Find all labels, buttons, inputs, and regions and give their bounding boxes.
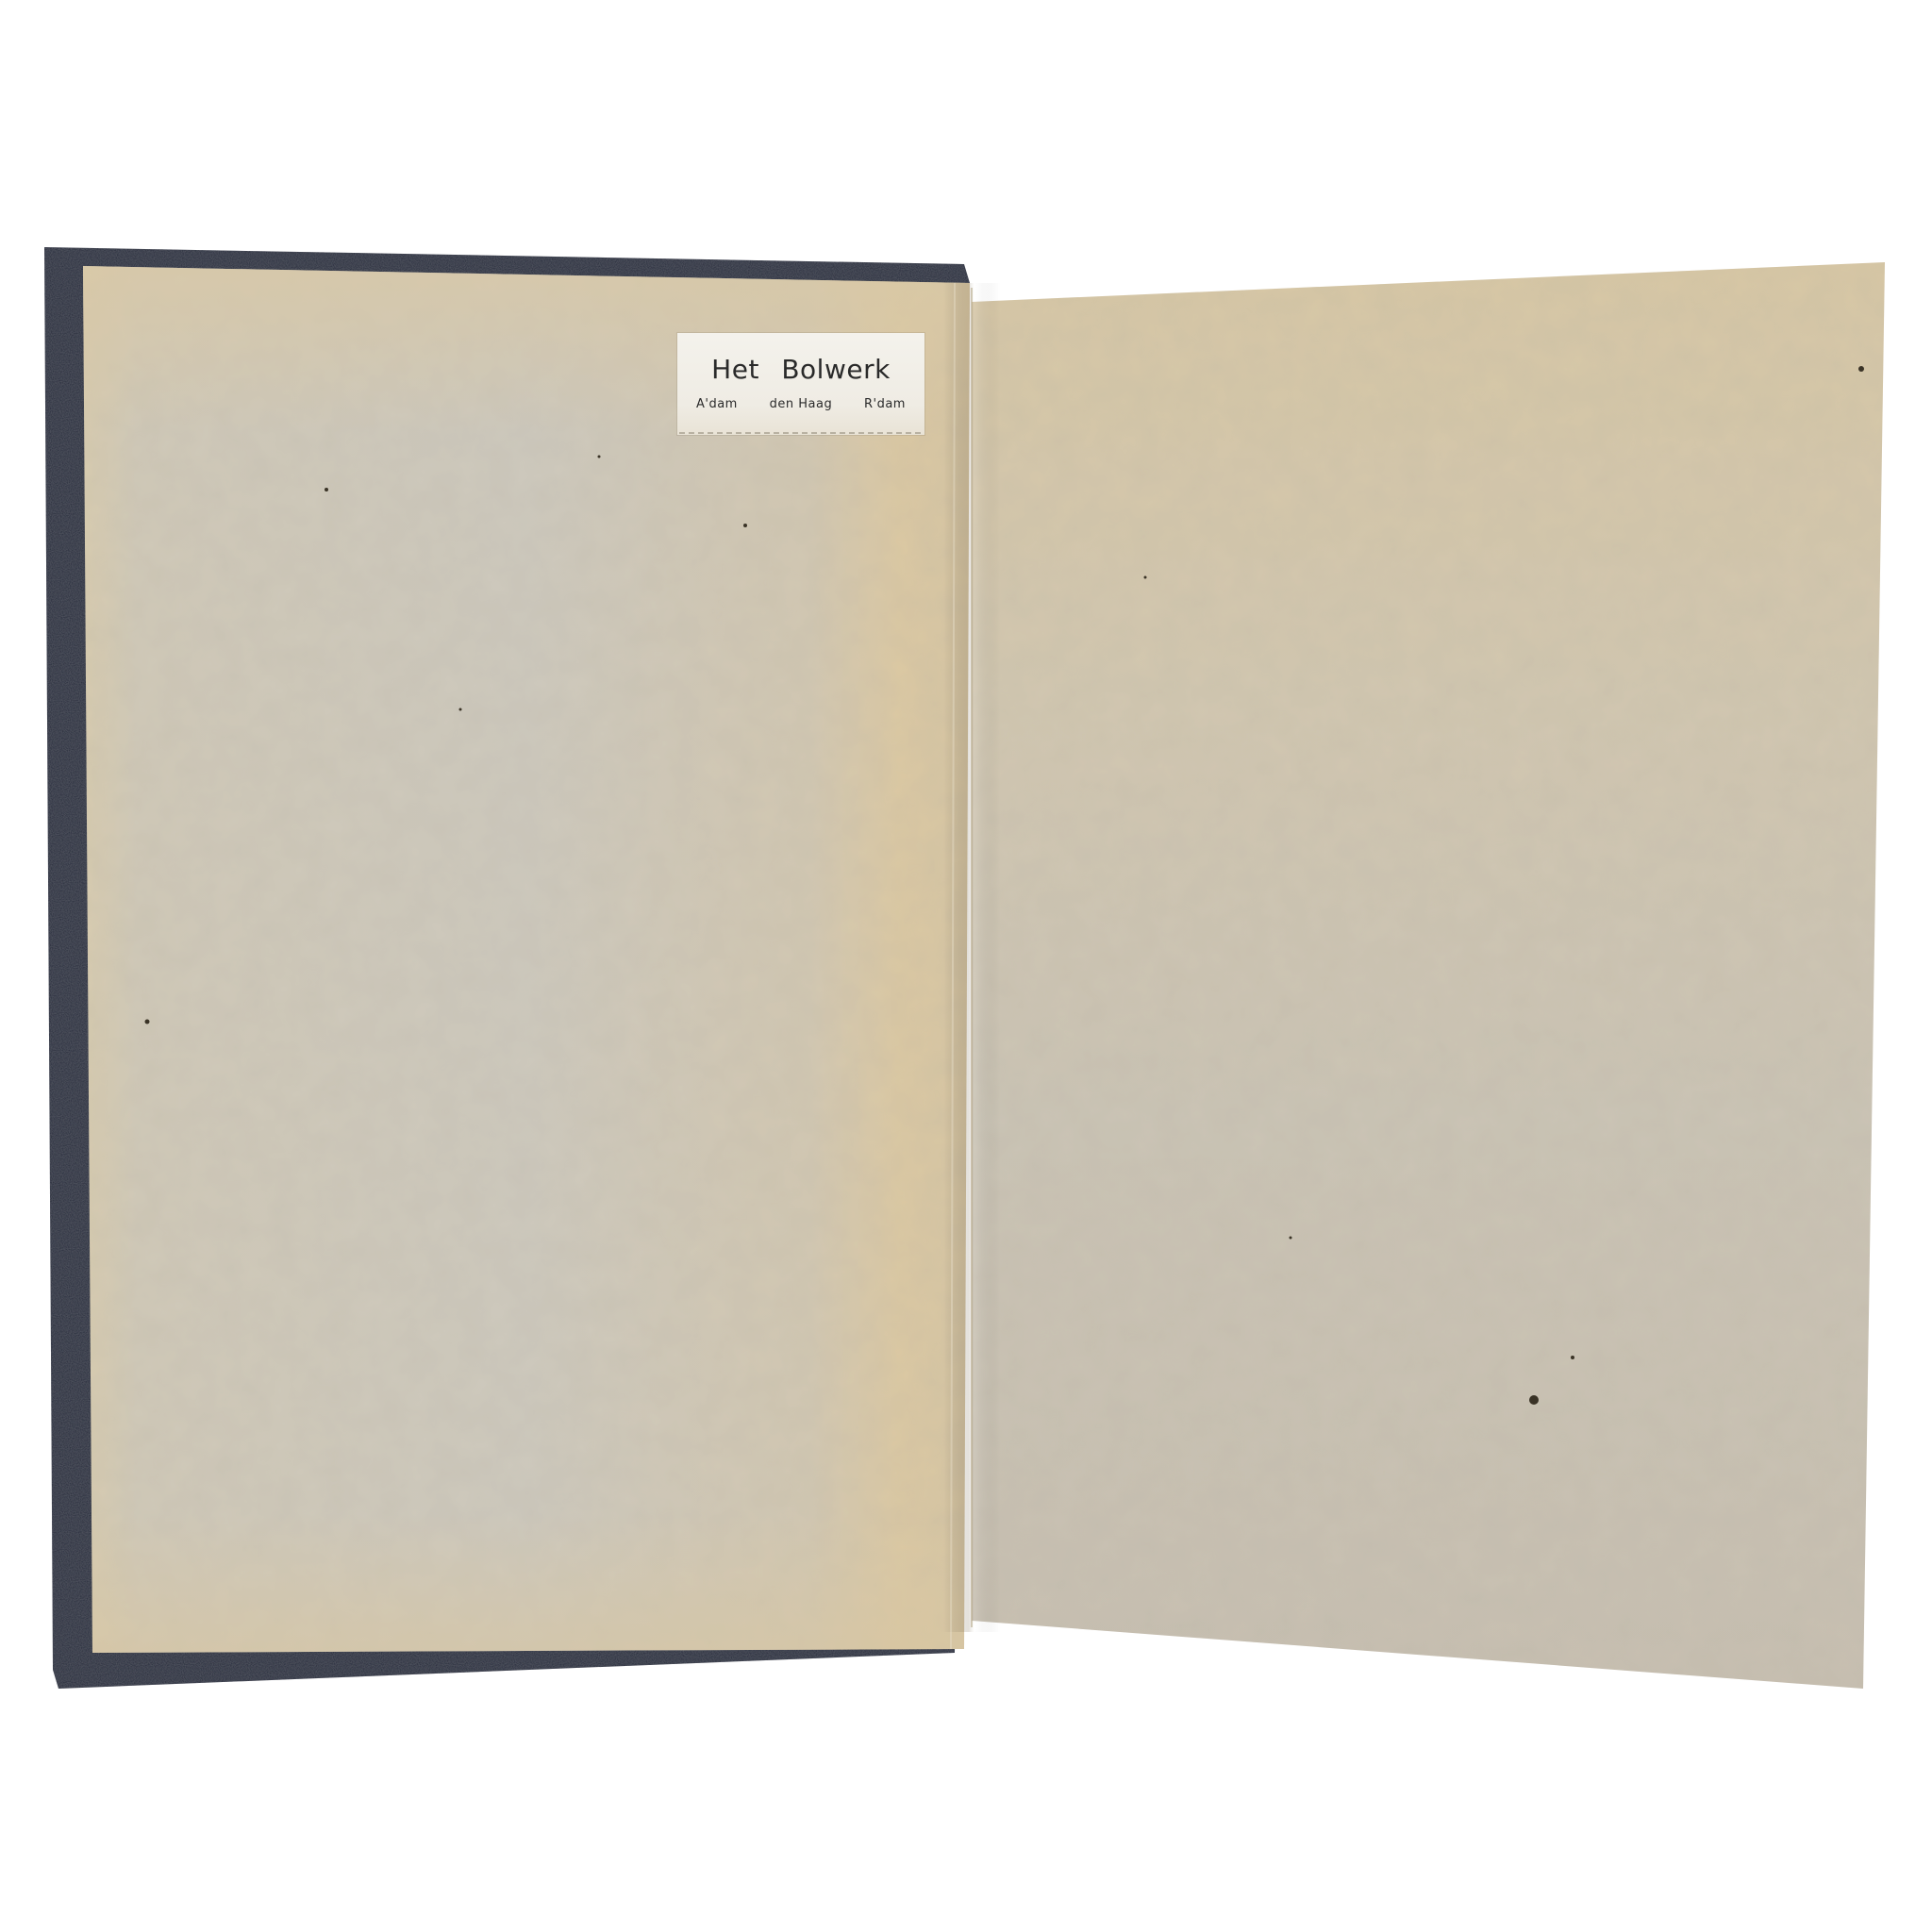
label-city-amsterdam: A'dam (696, 397, 738, 411)
right-free-endpaper (972, 262, 1885, 1689)
label-city-rotterdam: R'dam (864, 397, 906, 411)
label-title: Het Bolwerk (677, 354, 924, 385)
open-book-photo: Het Bolwerk A'dam den Haag R'dam (0, 0, 1932, 1932)
book-illustration (0, 0, 1932, 1932)
label-city-den-haag: den Haag (770, 397, 833, 411)
bookseller-label: Het Bolwerk A'dam den Haag R'dam (677, 333, 924, 435)
label-cities: A'dam den Haag R'dam (696, 397, 906, 411)
